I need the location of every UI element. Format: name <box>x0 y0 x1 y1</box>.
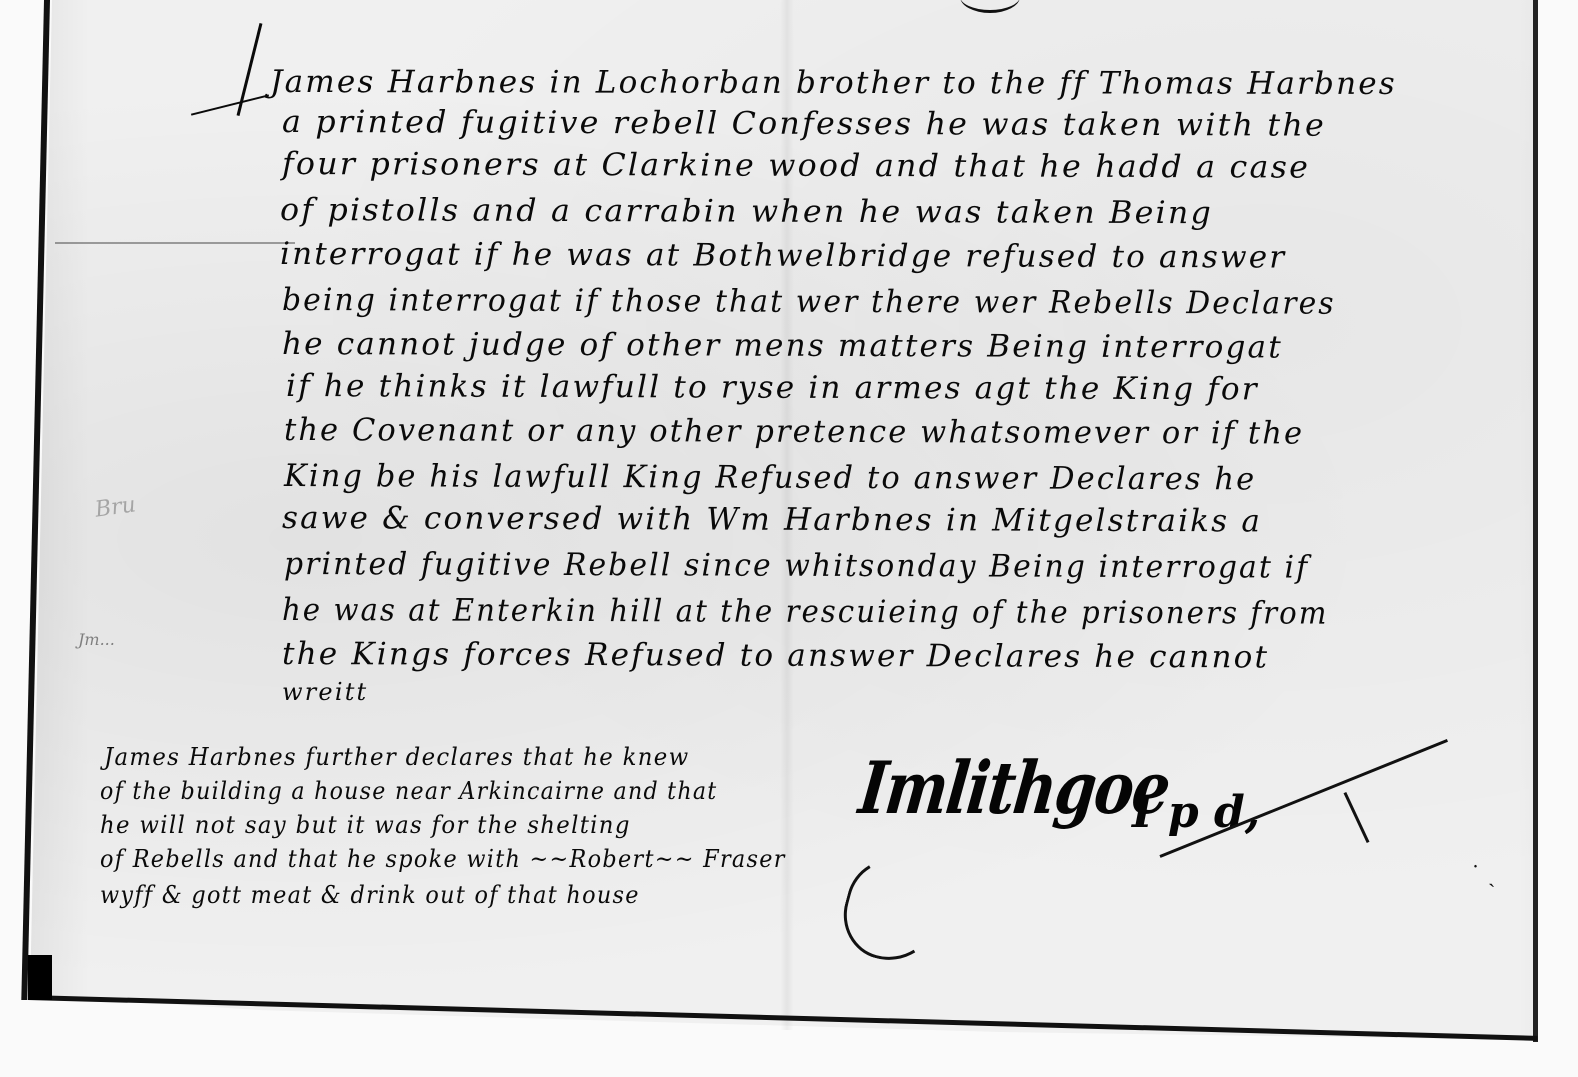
text-line-3: four prisoners at Clarkine wood and that… <box>282 144 1310 188</box>
signature-suffix: I p d, <box>1132 787 1260 838</box>
text-line-4: of pistolls and a carrabin when he was t… <box>280 190 1213 233</box>
horizontal-fold-line <box>55 242 295 244</box>
text-line-2: a printed fugitive rebell Confesses he w… <box>282 102 1326 146</box>
text-line-7: he cannot judge of other mens matters Be… <box>282 324 1283 367</box>
text-line-8: if he thinks it lawfull to ryse in armes… <box>286 366 1259 409</box>
text-line-9: the Covenant or any other pretence whats… <box>284 410 1304 454</box>
margin-line-3: he will not say but it was for the shelt… <box>100 808 631 842</box>
text-line-12: printed fugitive Rebell since whitsonday… <box>284 544 1309 588</box>
text-line-10: King be his lawfull King Refused to answ… <box>284 456 1256 499</box>
margin-line-4: of Rebells and that he spoke with ~~Robe… <box>100 842 786 876</box>
margin-line-2: of the building a house near Arkincairne… <box>100 774 717 808</box>
text-line-15: wreitt <box>282 672 368 712</box>
text-line-1: James Harbnes in Lochorban brother to th… <box>270 62 1397 104</box>
text-line-11: sawe & conversed with Wm Harbnes in Mitg… <box>282 498 1262 541</box>
signature: Imlithgoe I p d, <box>860 745 1236 830</box>
signature-name: Imlithgoe <box>855 745 1173 830</box>
text-line-5: interrogat if he was at Bothwelbridge re… <box>280 234 1286 278</box>
text-line-14: the Kings forces Refused to answer Decla… <box>282 634 1269 677</box>
paper-right-edge <box>1533 0 1538 1042</box>
margin-line-5: wyff & gott meat & drink out of that hou… <box>100 878 640 912</box>
corner-ink-blot <box>28 955 52 1000</box>
faint-marginalia-lower: Jm... <box>78 630 115 649</box>
manuscript-scan: James Harbnes in Lochorban brother to th… <box>0 0 1578 1077</box>
text-line-6: being interrogat if those that wer there… <box>282 280 1336 324</box>
text-line-13: he was at Enterkin hill at the rescuiein… <box>282 590 1329 634</box>
ink-specks: ˙ ˎ <box>1470 862 1495 888</box>
margin-line-1: James Harbnes further declares that he k… <box>104 740 689 774</box>
